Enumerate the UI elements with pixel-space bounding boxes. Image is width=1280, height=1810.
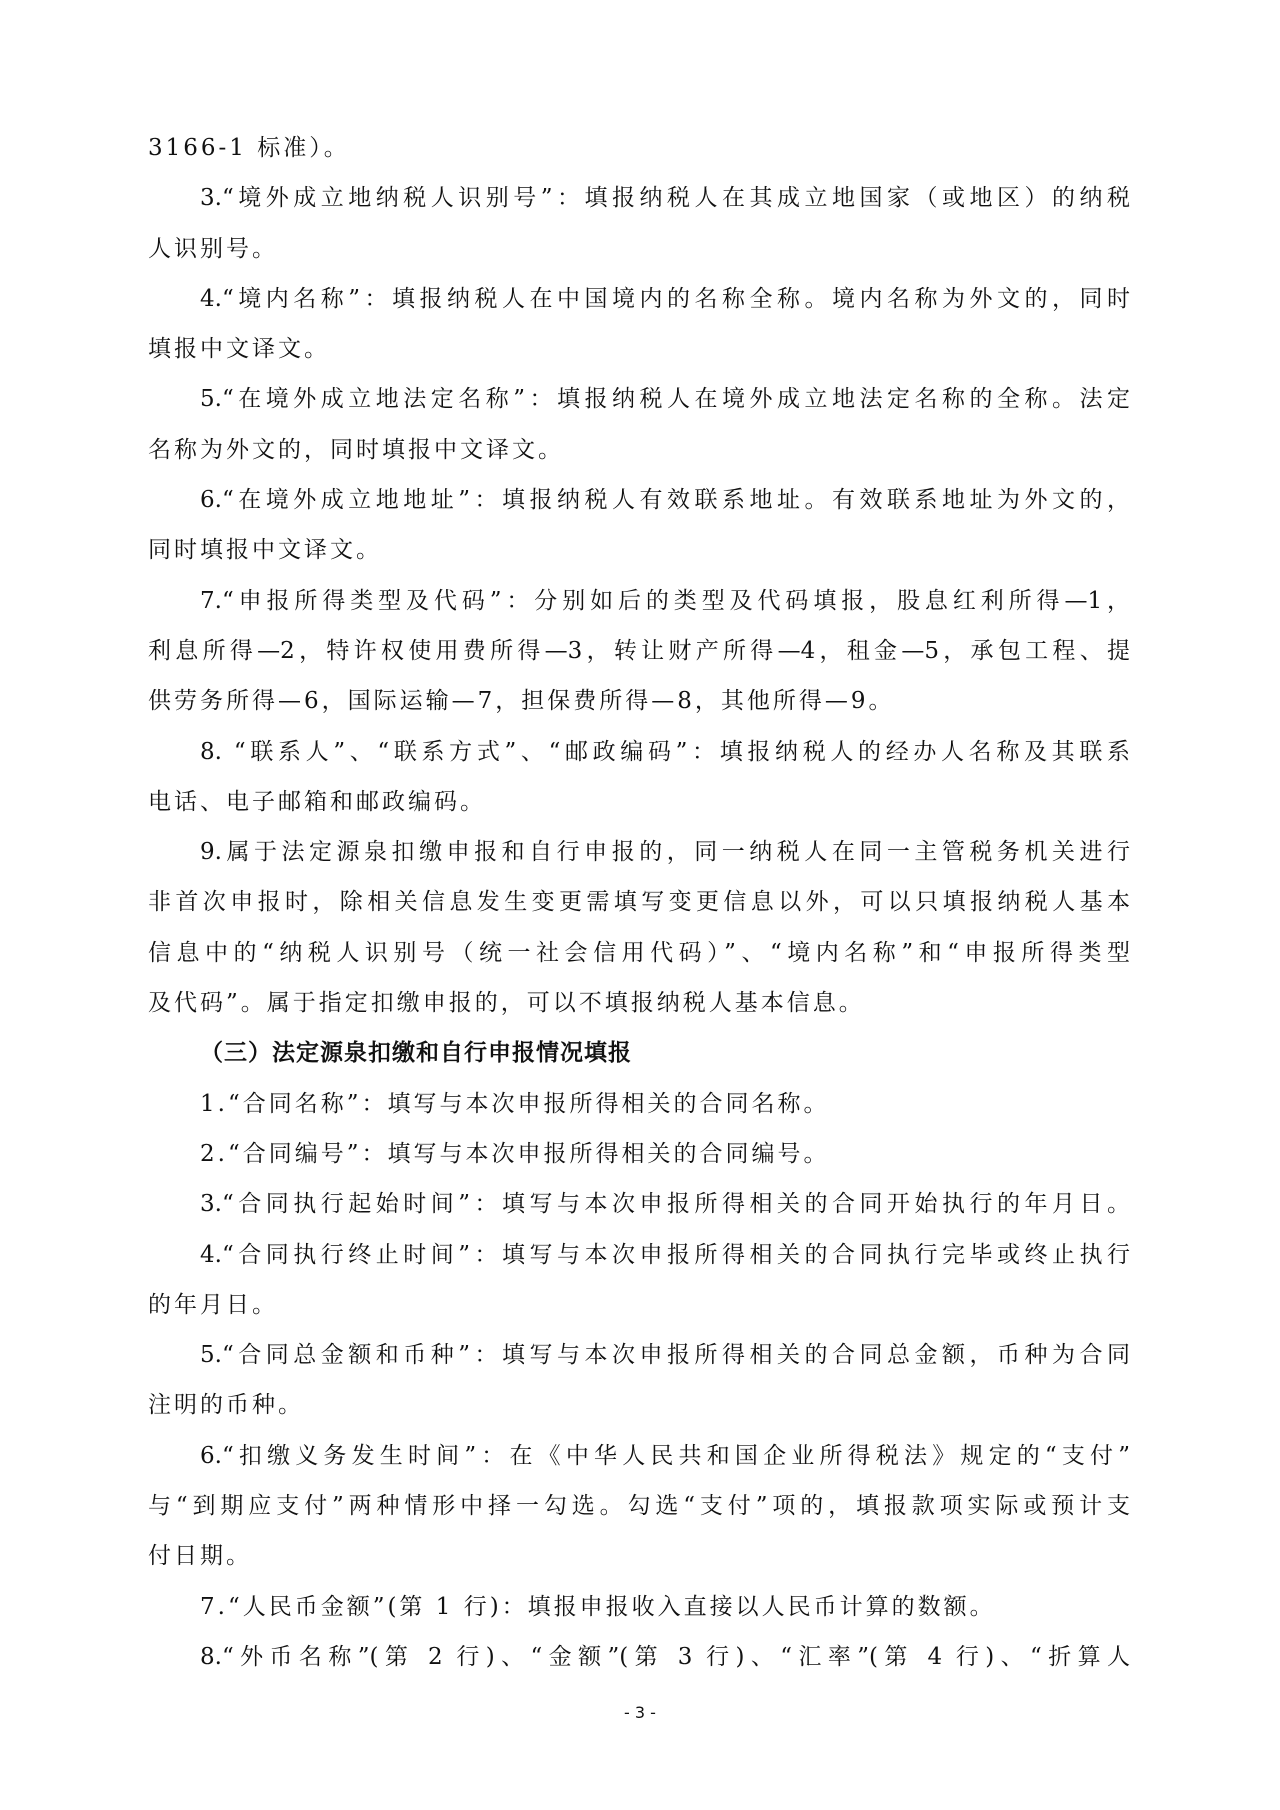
text-line: 信息中的“纳税人识别号（统一社会信用代码）”、“境内名称”和“申报所得类型	[148, 928, 1130, 978]
text-line: 人识别号。	[148, 224, 1130, 274]
text-line: 6.“在境外成立地地址”：填报纳税人有效联系地址。有效联系地址为外文的，	[148, 475, 1130, 525]
text-line: 名称为外文的，同时填报中文译文。	[148, 425, 1130, 475]
text-line: 4.“合同执行终止时间”：填写与本次申报所得相关的合同执行完毕或终止执行	[148, 1230, 1130, 1280]
text-line: 非首次申报时，除相关信息发生变更需填写变更信息以外，可以只填报纳税人基本	[148, 877, 1130, 927]
text-line: 3.“境外成立地纳税人识别号”：填报纳税人在其成立地国家（或地区）的纳税	[148, 173, 1130, 223]
text-line: 7.“申报所得类型及代码”：分别如后的类型及代码填报，股息红利所得—1，	[148, 576, 1130, 626]
text-line: 7.“人民币金额”(第 1 行)：填报申报收入直接以人民币计算的数额。	[148, 1582, 1130, 1632]
text-line: 5.“合同总金额和币种”：填写与本次申报所得相关的合同总金额，币种为合同	[148, 1330, 1130, 1380]
text-line: 9.属于法定源泉扣缴申报和自行申报的，同一纳税人在同一主管税务机关进行	[148, 827, 1130, 877]
text-line: 供劳务所得—6，国际运输—7，担保费所得—8，其他所得—9。	[148, 676, 1130, 726]
section-heading: （三）法定源泉扣缴和自行申报情况填报	[148, 1028, 1130, 1078]
text-line: 注明的币种。	[148, 1380, 1130, 1430]
text-line: 填报中文译文。	[148, 324, 1130, 374]
text-line: 电话、电子邮箱和邮政编码。	[148, 777, 1130, 827]
text-line: 8.“外币名称”(第 2 行)、“金额”(第 3 行)、“汇率”(第 4 行)、…	[148, 1632, 1130, 1682]
text-line: 及代码”。属于指定扣缴申报的，可以不填报纳税人基本信息。	[148, 978, 1130, 1028]
text-line: 利息所得—2，特许权使用费所得—3，转让财产所得—4，租金—5，承包工程、提	[148, 626, 1130, 676]
text-line: 与“到期应支付”两种情形中择一勾选。勾选“支付”项的，填报款项实际或预计支	[148, 1481, 1130, 1531]
text-line: 6.“扣缴义务发生时间”：在《中华人民共和国企业所得税法》规定的“支付”	[148, 1431, 1130, 1481]
text-line: 3.“合同执行起始时间”：填写与本次申报所得相关的合同开始执行的年月日。	[148, 1179, 1130, 1229]
text-line: 3166-1 标准）。	[148, 123, 1130, 173]
text-line: 同时填报中文译文。	[148, 525, 1130, 575]
text-line: 4.“境内名称”：填报纳税人在中国境内的名称全称。境内名称为外文的，同时	[148, 274, 1130, 324]
text-line: 付日期。	[148, 1531, 1130, 1581]
text-line: 的年月日。	[148, 1280, 1130, 1330]
text-line: 1.“合同名称”：填写与本次申报所得相关的合同名称。	[148, 1079, 1130, 1129]
document-page: 3166-1 标准）。 3.“境外成立地纳税人识别号”：填报纳税人在其成立地国家…	[0, 0, 1280, 1810]
document-body: 3166-1 标准）。 3.“境外成立地纳税人识别号”：填报纳税人在其成立地国家…	[148, 123, 1130, 1682]
text-line: 2.“合同编号”：填写与本次申报所得相关的合同编号。	[148, 1129, 1130, 1179]
page-number: - 3 -	[0, 1703, 1280, 1722]
text-line: 8. “联系人”、“联系方式”、“邮政编码”：填报纳税人的经办人名称及其联系	[148, 727, 1130, 777]
text-line: 5.“在境外成立地法定名称”：填报纳税人在境外成立地法定名称的全称。法定	[148, 374, 1130, 424]
